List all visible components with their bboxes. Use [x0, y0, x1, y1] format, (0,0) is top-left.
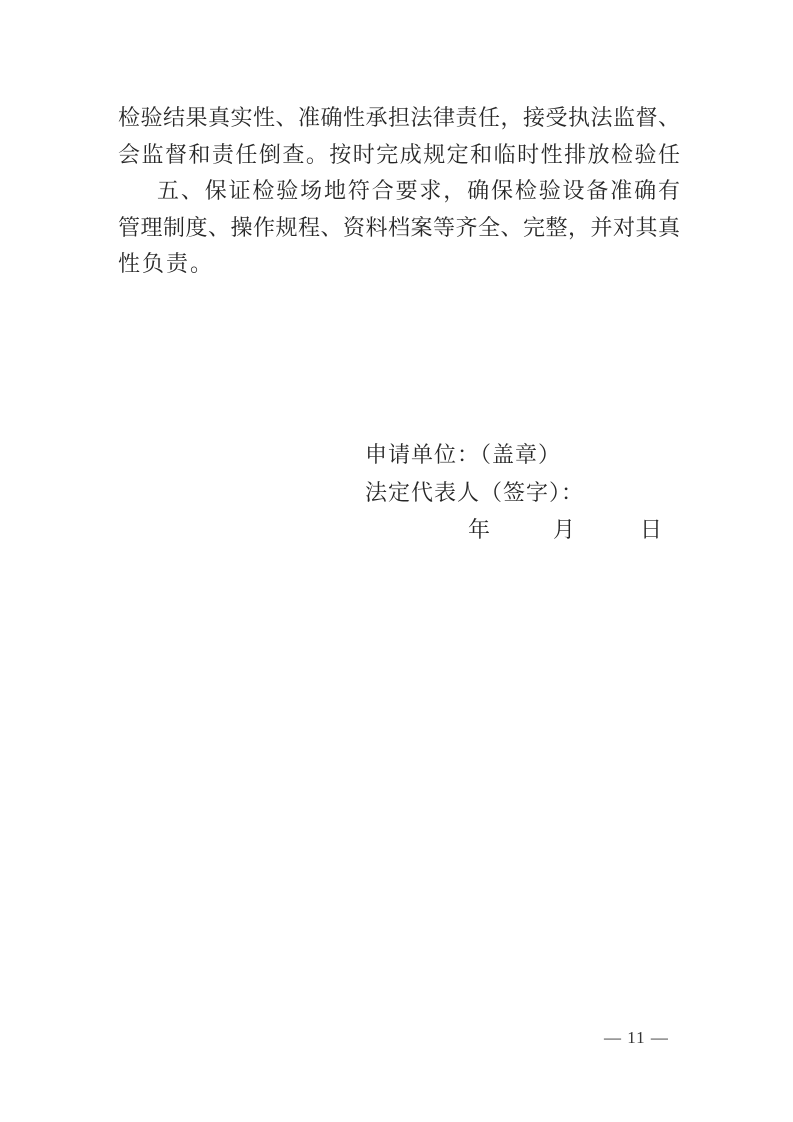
page-number: — 11 — [604, 1028, 684, 1048]
text-line: 五、保证检验场地符合要求，确保检验设备准确有效， [118, 173, 680, 210]
text-line: 会监督和责任倒查。按时完成规定和临时性排放检验任务。 [118, 137, 680, 174]
signature-block: 申请单位：（盖章） 法定代表人（签字）： 年 月 日 [365, 436, 685, 549]
document-page: 检验结果真实性、准确性承担法律责任，接受执法监督、社 会监督和责任倒查。按时完成… [0, 0, 793, 1122]
day-label: 日 [640, 511, 663, 549]
body-paragraph: 检验结果真实性、准确性承担法律责任，接受执法监督、社 会监督和责任倒查。按时完成… [118, 100, 680, 283]
applicant-unit-seal-line: 申请单位：（盖章） [365, 436, 685, 474]
date-line: 年 月 日 [365, 511, 685, 549]
year-label: 年 [468, 511, 491, 549]
month-label: 月 [553, 511, 576, 549]
text-line: 检验结果真实性、准确性承担法律责任，接受执法监督、社 [118, 100, 680, 137]
legal-representative-signature-line: 法定代表人（签字）： [365, 474, 685, 512]
text-line: 管理制度、操作规程、资料档案等齐全、完整，并对其真实 [118, 210, 680, 247]
text-line: 性负责。 [118, 246, 680, 283]
